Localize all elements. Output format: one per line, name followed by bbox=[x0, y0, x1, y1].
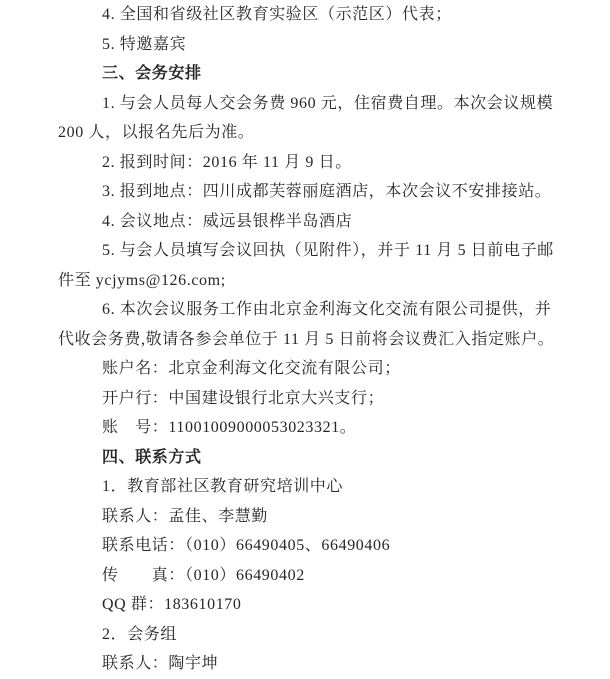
item-checkin-time: 2. 报到时间：2016 年 11 月 9 日。 bbox=[58, 148, 558, 178]
item-receipt-line2-email: 件至 ycjyms@126.com; bbox=[58, 266, 558, 296]
document-page: 4. 全国和省级社区教育实验区（示范区）代表； 5. 特邀嘉宾 三、会务安排 1… bbox=[0, 0, 610, 679]
account-number: 账 号：11001009000053023321。 bbox=[58, 413, 558, 443]
item-receipt-line1: 5. 与会人员填写会议回执（见附件），并于 11 月 5 日前电子邮 bbox=[58, 236, 558, 266]
contact-qq-group: QQ 群：183610170 bbox=[58, 590, 558, 620]
contact-fax-1: 传 真：（010）66490402 bbox=[58, 561, 558, 591]
item-service-line2: 代收会务费,敬请各参会单位于 11 月 5 日前将会议费汇入指定账户。 bbox=[58, 325, 558, 355]
item-fee-line1: 1. 与会人员每人交会务费 960 元，住宿费自理。本次会议规模 bbox=[58, 89, 558, 119]
contact-person-2: 联系人：陶宇坤 bbox=[58, 649, 558, 679]
contact-org-1: 1．教育部社区教育研究培训中心 bbox=[58, 472, 558, 502]
section-heading-arrangements: 三、会务安排 bbox=[58, 59, 558, 89]
list-item-guests: 5. 特邀嘉宾 bbox=[58, 30, 558, 60]
bank-name: 开户行：中国建设银行北京大兴支行； bbox=[58, 384, 558, 414]
contact-person-1: 联系人：孟佳、李慧勤 bbox=[58, 502, 558, 532]
item-meeting-place: 4. 会议地点：威远县银桦半岛酒店 bbox=[58, 207, 558, 237]
document-body: 4. 全国和省级社区教育实验区（示范区）代表； 5. 特邀嘉宾 三、会务安排 1… bbox=[0, 0, 610, 679]
item-fee-line2: 200 人，以报名先后为准。 bbox=[58, 118, 558, 148]
item-checkin-place: 3. 报到地点：四川成都芙蓉丽庭酒店，本次会议不安排接站。 bbox=[58, 177, 558, 207]
account-name: 账户名：北京金利海文化交流有限公司； bbox=[58, 354, 558, 384]
item-service-line1: 6. 本次会议服务工作由北京金利海文化交流有限公司提供，并 bbox=[58, 295, 558, 325]
section-heading-contacts: 四、联系方式 bbox=[58, 443, 558, 473]
contact-org-2: 2．会务组 bbox=[58, 620, 558, 650]
list-item-delegates: 4. 全国和省级社区教育实验区（示范区）代表； bbox=[58, 0, 558, 30]
contact-phone-1: 联系电话：（010）66490405、66490406 bbox=[58, 531, 558, 561]
